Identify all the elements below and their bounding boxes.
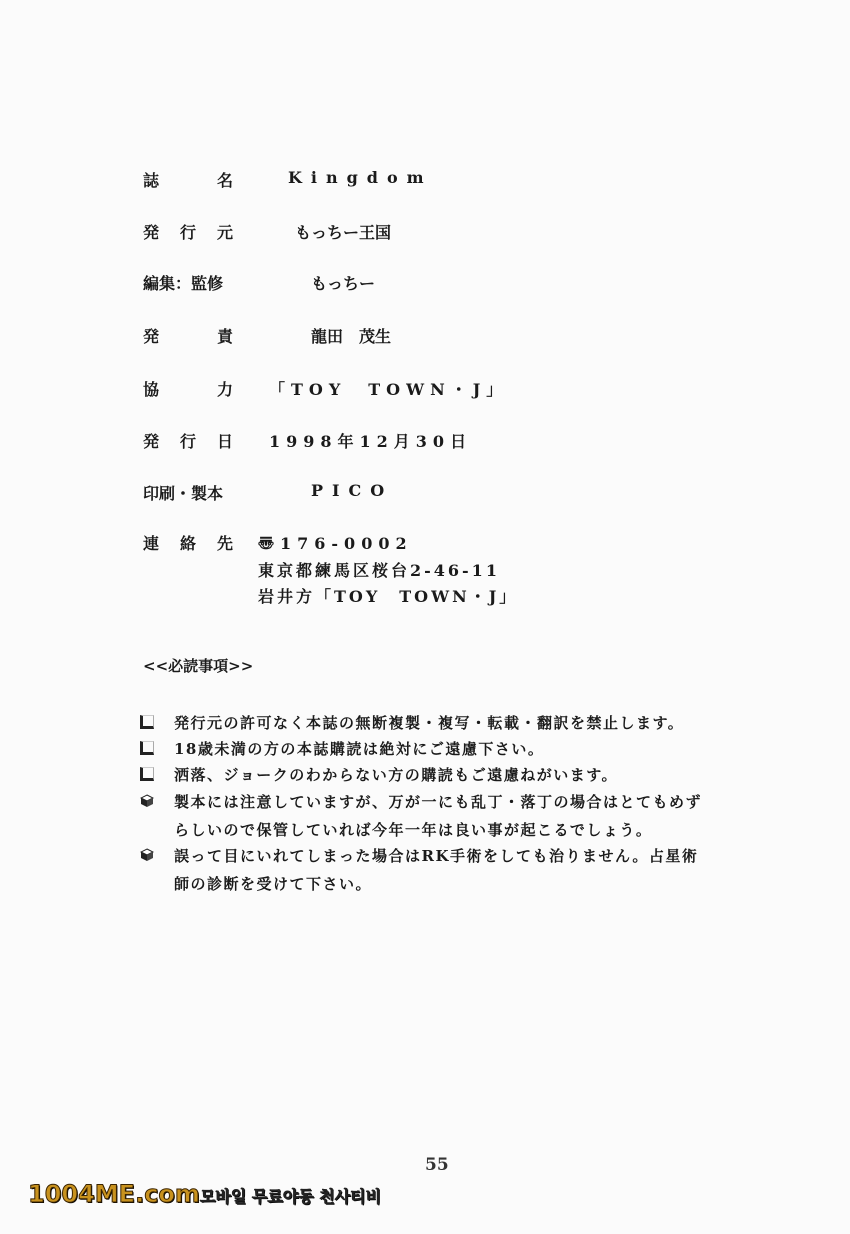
label-char: 行 [180,429,196,452]
notice-text: 師の診断を受けて下さい。 [174,873,372,894]
notice-text: らしいので保管していれば今年一年は良い事が起こるでしょう。 [174,819,652,840]
page-number: 55 [425,1155,449,1175]
row-label: 連 絡 先 [143,531,233,554]
label-char: 日 [217,429,233,452]
square-bullet-icon [140,767,154,781]
notice-text: 製本には注意していますが、万が一にも乱丁・落丁の場合はとてもめず [174,791,702,812]
label-char: 発 [143,220,159,243]
postal-mark-icon: 〠 [258,534,280,553]
label-char: 連 [143,531,159,554]
cube-bullet-icon [140,794,154,808]
row-label: 誌 名 [143,168,233,191]
row-label: 協 力 [143,377,233,400]
label-text: 印刷・製本 [143,481,223,504]
cube-bullet-icon [140,848,154,862]
address-line-1: 東京都練馬区桜台2-46-11 [258,558,500,581]
publication-date: 1998年12月30日 [269,429,472,452]
label-char: 元 [217,220,233,243]
colophon-page: 誌 名 Kingdom 発 行 元 もっちー王国 編集：監修 もっちー 発 責 … [0,0,850,1234]
label-text: 編集：監修 [143,271,223,294]
label-char: 誌 [143,168,159,191]
label-char: 絡 [180,531,196,554]
label-char: 力 [217,377,233,400]
publisher-name: もっちー王国 [295,220,391,243]
printer-name: PICO [311,481,393,500]
square-bullet-icon [140,715,154,729]
notices-heading: <<必読事項>> [143,655,253,676]
editor-name: もっちー [311,271,375,294]
row-label: 発 責 [143,324,233,347]
notice-text: 洒落、ジョークのわからない方の購読もご遠慮ねがいます。 [174,764,618,785]
watermark: 1004ME.com모바일 무료야동 천사티비 [28,1180,381,1208]
label-char: 発 [143,324,159,347]
address-line-2: 岩井方「TOY TOWN・J」 [258,584,518,607]
cooperation-name: 「TOY TOWN・J」 [269,377,508,400]
label-char: 行 [180,220,196,243]
label-char: 責 [217,324,233,347]
row-label: 編集：監修 [143,271,233,294]
postal-code-line: 〠176-0002 [258,531,413,554]
postal-code: 176-0002 [280,534,413,553]
notice-text: 誤って目にいれてしまった場合はRK手術をしても治りません。占星術 [174,845,698,866]
notice-text: 18歳未満の方の本誌購読は絶対にご遠慮下さい。 [174,738,544,759]
row-label: 発 行 元 [143,220,233,243]
label-char: 先 [217,531,233,554]
label-char: 発 [143,429,159,452]
label-char: 協 [143,377,159,400]
row-label: 発 行 日 [143,429,233,452]
magazine-title: Kingdom [288,168,433,187]
watermark-main: 1004ME.com [28,1180,200,1208]
watermark-sub: 모바일 무료야동 천사티비 [200,1187,381,1206]
label-char: 名 [217,168,233,191]
row-label: 印刷・製本 [143,481,233,504]
responsible-name: 龍田 茂生 [311,324,391,347]
notice-text: 発行元の許可なく本誌の無断複製・複写・転載・翻訳を禁止します。 [174,712,684,733]
square-bullet-icon [140,741,154,755]
